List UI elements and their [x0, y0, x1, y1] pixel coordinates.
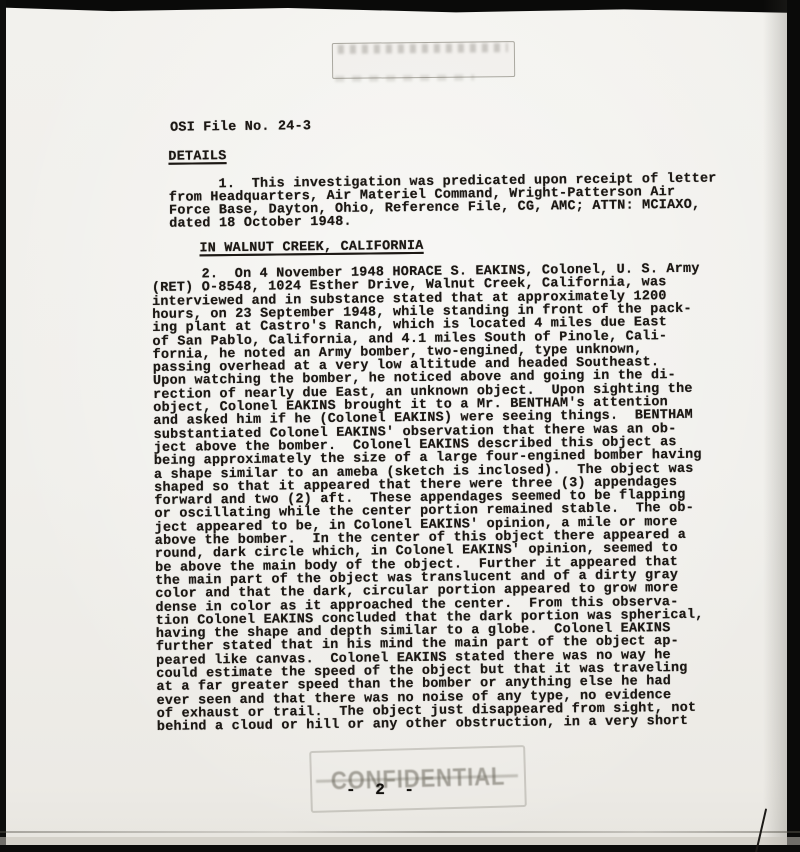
film-edge-top	[0, 0, 800, 13]
film-band-bottom	[0, 837, 800, 845]
scanned-document-page: OSI File No. 24-3 DETAILS 1. This invest…	[0, 0, 800, 852]
paragraph-1: 1. This investigation was predicated upo…	[149, 172, 718, 232]
paragraph-2: 2. On 4 November 1948 HORACE S. EAKINS, …	[150, 263, 723, 735]
document-body: OSI File No. 24-3 DETAILS 1. This invest…	[148, 116, 723, 735]
film-edge-bottom	[0, 845, 800, 852]
faded-stamp-top	[332, 41, 515, 79]
film-edge-left	[0, 0, 6, 852]
file-number: OSI File No. 24-3	[148, 116, 716, 136]
section-heading: IN WALNUT CREEK, CALIFORNIA	[149, 236, 717, 256]
section-heading-text: IN WALNUT CREEK, CALIFORNIA	[199, 239, 423, 257]
film-scan-line	[0, 831, 800, 833]
stamp-ink-smudge	[335, 74, 474, 81]
page-number: - 2 -	[346, 781, 419, 799]
confidential-stamp-bottom: CONFIDENTIAL	[309, 745, 527, 813]
paper-right-shadow	[763, 0, 787, 852]
film-edge-right	[787, 0, 800, 852]
stamp-ink-smudge	[338, 43, 508, 54]
details-heading: DETAILS	[148, 145, 716, 165]
